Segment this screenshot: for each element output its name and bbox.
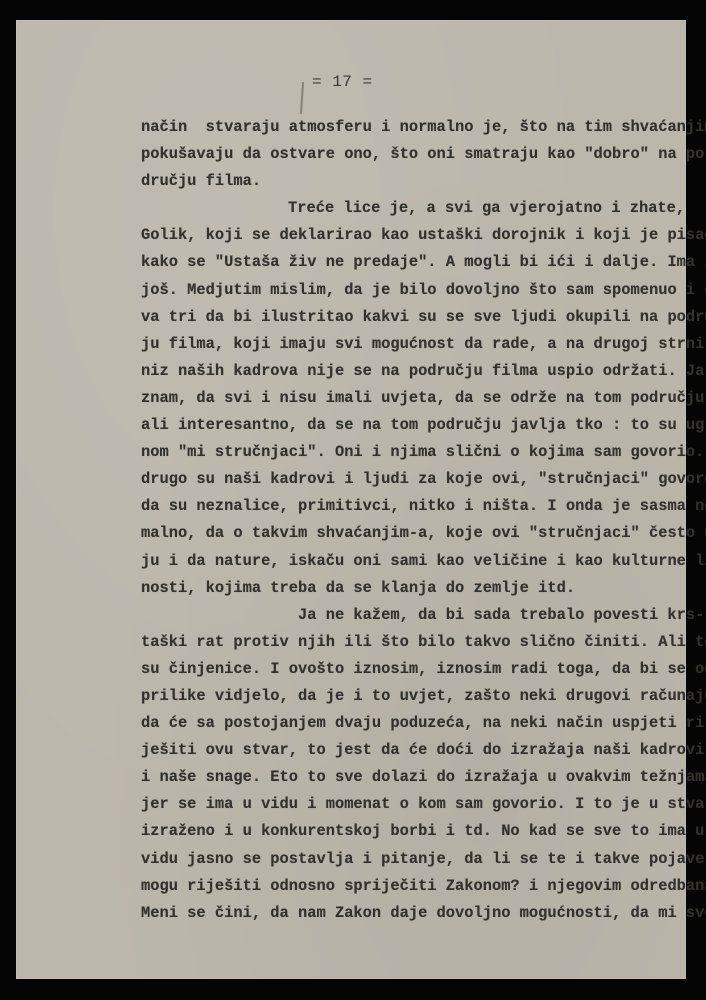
text-line: ješiti ovu stvar, to jest da će doći do … [141, 737, 681, 764]
text-line: pokušavaju da ostvare ono, što oni smatr… [141, 141, 681, 168]
text-line: znam, da svi i nisu imali uvjeta, da se … [141, 385, 681, 412]
text-line: ali interesantno, da se na tom području … [141, 412, 681, 439]
text-line: ju filma, koji imaju svi mogućnost da ra… [141, 331, 681, 358]
text-line: nom "mi stručnjaci". Oni i njima slični … [141, 439, 681, 466]
text-line: nosti, kojima treba da se klanja do zeml… [141, 575, 681, 602]
text-line: taški rat protiv njih ili što bilo takvo… [141, 629, 681, 656]
text-line: niz naših kadrova nije se na području fi… [141, 358, 681, 385]
text-line: kako se "Ustaša živ ne predaje". A mogli… [141, 249, 681, 276]
text-line: jer se ima u vidu i momenat o kom sam go… [141, 791, 681, 818]
text-line: vidu jasno se postavlja i pitanje, da li… [141, 846, 681, 873]
text-line: izraženo i u konkurentskoj borbi i td. N… [141, 818, 681, 845]
text-line: malno, da o takvim shvaćanjim-a, koje ov… [141, 520, 681, 547]
text-line: i naše snage. Eto to sve dolazi do izraž… [141, 764, 681, 791]
text-line: način stvaraju atmosferu i normalno je, … [141, 114, 681, 141]
document-body: način stvaraju atmosferu i normalno je, … [141, 114, 681, 927]
text-line: da će sa postojanjem dvaju poduzeća, na … [141, 710, 681, 737]
pencil-mark [300, 82, 304, 114]
paragraph-start-line: Treće lice je, a svi ga vjerojatno i zha… [141, 195, 681, 222]
text-line: va tri da bi ilustritao kakvi su se sve … [141, 304, 681, 331]
text-line: prilike vidjelo, da je i to uvjet, zašto… [141, 683, 681, 710]
text-line: mogu riješiti odnosno spriječiti Zakonom… [141, 873, 681, 900]
text-line: Golik, koji se deklarirao kao ustaški do… [141, 222, 681, 249]
text-line: još. Medjutim mislim, da je bilo dovoljn… [141, 277, 681, 304]
text-line: ju i da nature, iskaču oni sami kao veli… [141, 548, 681, 575]
page-number: = 17 = [312, 73, 373, 91]
text-line: da su neznalice, primitivci, nitko i niš… [141, 493, 681, 520]
paragraph-start-line: Ja ne kažem, da bi sada trebalo povesti … [141, 602, 681, 629]
text-line: su činjenice. I ovošto iznosim, iznosim … [141, 656, 681, 683]
text-line: Meni se čini, da nam Zakon daje dovoljno… [141, 900, 681, 927]
text-line: dručju filma. [141, 168, 681, 195]
text-line: drugo su naši kadrovi i ljudi za koje ov… [141, 466, 681, 493]
